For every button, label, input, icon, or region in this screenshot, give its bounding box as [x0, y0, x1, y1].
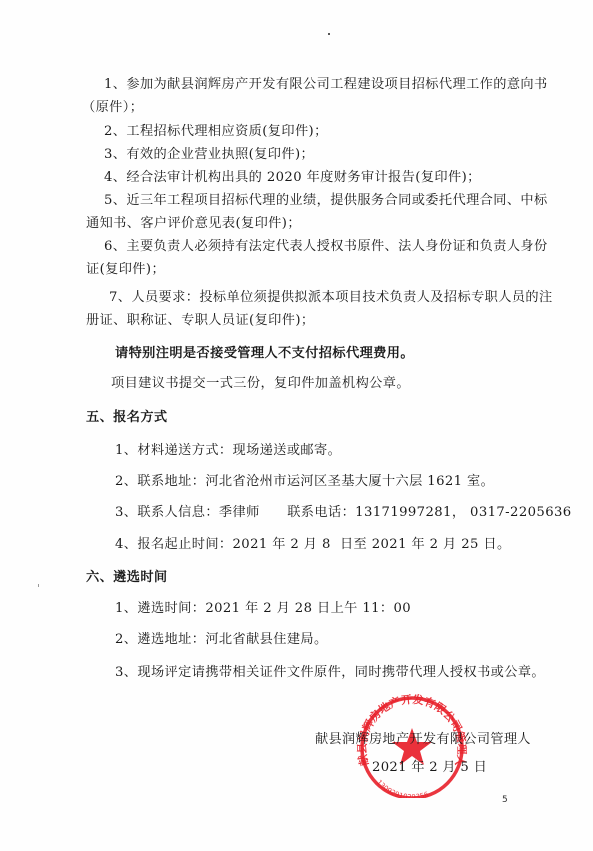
document-page: 1、参加为献县润辉房产开发有限公司工程建设项目招标代理工作的意向书 （原件）； … [0, 0, 593, 851]
scan-speck [328, 33, 330, 35]
scan-speck [38, 584, 39, 587]
issue-date: 2021 年 2 月 5 日 [372, 759, 487, 777]
section6-item-3: 3、现场评定请携带相关证件文件原件，同时携带代理人授权书或公章。 [115, 664, 545, 682]
section6-heading: 六、遴选时间 [86, 569, 168, 587]
requirement-5: 5、近三年工程项目招标代理的业绩，提供服务合同或委托代理合同、中标 [104, 192, 548, 210]
requirement-2: 2、工程招标代理相应资质(复印件)； [104, 123, 328, 141]
requirement-1: 1、参加为献县润辉房产开发有限公司工程建设项目招标代理工作的意向书 [104, 76, 548, 94]
special-note: 请特别注明是否接受管理人不支付招标代理费用。 [115, 345, 414, 363]
section5-item-1: 1、材料递送方式：现场递送或邮寄。 [115, 442, 341, 460]
submission-note: 项目建议书提交一式三份，复印件加盖机构公章。 [111, 375, 410, 393]
requirement-5-cont: 通知书、客户评价意见表(复印件)； [86, 215, 301, 233]
page-number: 5 [502, 795, 508, 805]
section5-item-2: 2、联系地址：河北省沧州市运河区圣基大厦十六层 1621 室。 [115, 473, 494, 491]
section6-item-2: 2、遴选地址：河北省献县住建局。 [115, 631, 328, 649]
requirement-4: 4、经合法审计机构出具的 2020 年度财务审计报告(复印件)； [104, 169, 481, 187]
requirement-6: 6、主要负责人必须持有法定代表人授权书原件、法人身份证和负责人身份 [104, 238, 548, 256]
section5-item-4: 4、报名起止时间：2021 年 2 月 8 日至 2021 年 2 月 25 日… [115, 536, 511, 554]
requirement-7: 7、人员要求：投标单位须提供拟派本项目技术负责人及招标专职人员的注 [109, 289, 553, 307]
requirement-1-cont: （原件）； [82, 99, 143, 117]
svg-text:1309291029356: 1309291029356 [375, 778, 430, 798]
section5-heading: 五、报名方式 [86, 409, 168, 427]
requirement-3: 3、有效的企业营业执照(复印件)； [104, 146, 314, 164]
requirement-6-cont: 证(复印件)； [86, 261, 165, 279]
section6-item-1: 1、遴选时间：2021 年 2 月 28 日上午 11：00 [115, 600, 411, 618]
issuer-name: 献县润辉房地产开发有限公司管理人 [315, 731, 531, 749]
section5-item-3: 3、联系人信息：季律师 联系电话：13171997281， 0317-22056… [115, 504, 572, 522]
requirement-7-cont: 册证、职称证、专职人员证(复印件)； [86, 312, 315, 330]
